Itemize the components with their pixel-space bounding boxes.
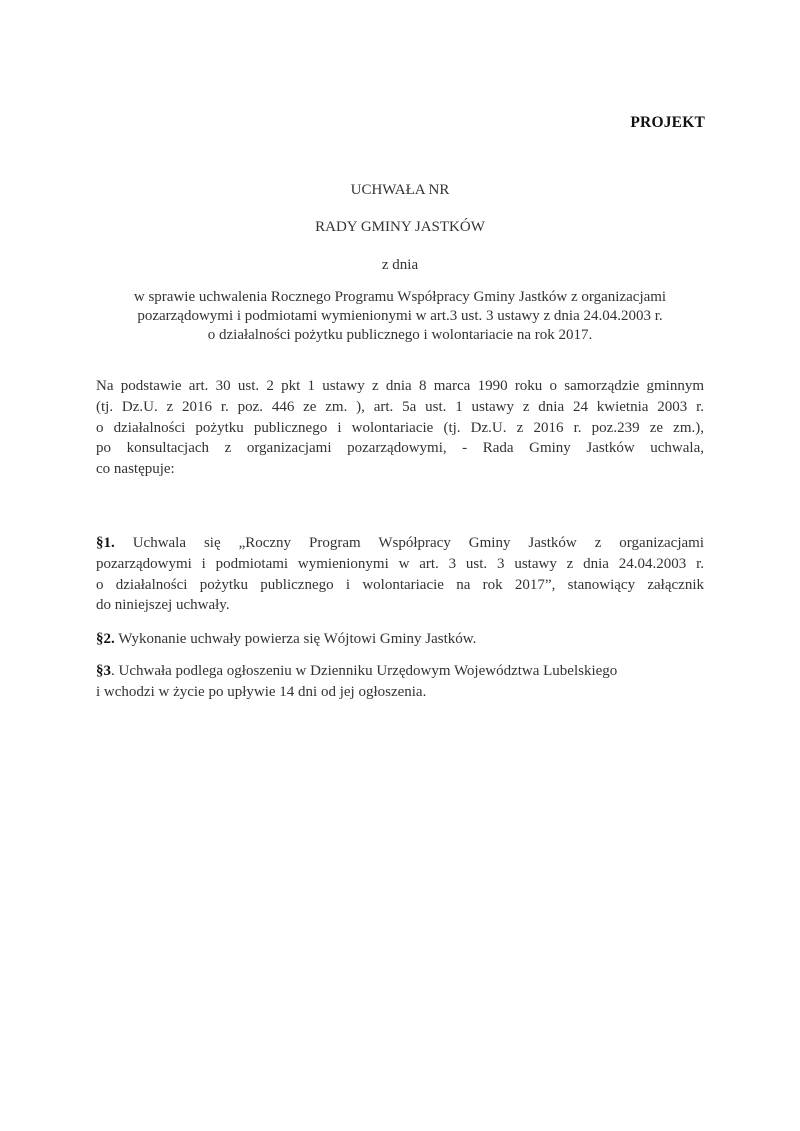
- paragraph-line: §3. Uchwała podlega ogłoszeniu w Dzienni…: [96, 661, 704, 682]
- paragraph-line: Na podstawie art. 30 ust. 2 pkt 1 ustawy…: [96, 376, 704, 397]
- subject-line: pozarządowymi i podmiotami wymienionymi …: [100, 307, 700, 326]
- legal-basis-paragraph: Na podstawie art. 30 ust. 2 pkt 1 ustawy…: [96, 376, 704, 480]
- resolution-date: z dnia: [0, 257, 800, 274]
- paragraph-line: o działalności pożytku publicznego i wol…: [96, 418, 704, 439]
- paragraph-line: co następuje:: [96, 459, 704, 480]
- section-2: §2. Wykonanie uchwały powierza się Wójto…: [96, 629, 704, 650]
- section-text: Uchwala się „Roczny Program Współpracy G…: [115, 535, 704, 551]
- paragraph-line: po konsultacjach z organizacjami pozarzą…: [96, 438, 704, 459]
- paragraph-line: do niniejszej uchwały.: [96, 595, 704, 616]
- paragraph-line: §2. Wykonanie uchwały powierza się Wójto…: [96, 629, 704, 650]
- section-text: Wykonanie uchwały powierza się Wójtowi G…: [115, 631, 477, 647]
- document-page: PROJEKT UCHWAŁA NR RADY GMINY JASTKÓW z …: [0, 0, 800, 1131]
- paragraph-line: pozarządowymi i podmiotami wymienionymi …: [96, 554, 704, 575]
- section-3: §3. Uchwała podlega ogłoszeniu w Dzienni…: [96, 661, 704, 703]
- section-marker: §2.: [96, 631, 115, 647]
- section-text: . Uchwała podlega ogłoszeniu w Dzienniku…: [111, 663, 617, 679]
- section-marker: §3: [96, 663, 111, 679]
- section-marker: §1.: [96, 535, 115, 551]
- paragraph-line: (tj. Dz.U. z 2016 r. poz. 446 ze zm. ), …: [96, 397, 704, 418]
- subject-line: o działalności pożytku publicznego i wol…: [100, 326, 700, 345]
- section-1: §1. Uchwala się „Roczny Program Współpra…: [96, 533, 704, 616]
- paragraph-line: i wchodzi w życie po upływie 14 dni od j…: [96, 682, 704, 703]
- paragraph-line: §1. Uchwala się „Roczny Program Współpra…: [96, 533, 704, 554]
- subject-line: w sprawie uchwalenia Rocznego Programu W…: [100, 288, 700, 307]
- resolution-subject: w sprawie uchwalenia Rocznego Programu W…: [100, 288, 700, 345]
- council-name: RADY GMINY JASTKÓW: [0, 219, 800, 236]
- paragraph-line: o działalności pożytku publicznego i wol…: [96, 575, 704, 596]
- draft-stamp: PROJEKT: [630, 114, 705, 132]
- resolution-number: UCHWAŁA NR: [0, 182, 800, 199]
